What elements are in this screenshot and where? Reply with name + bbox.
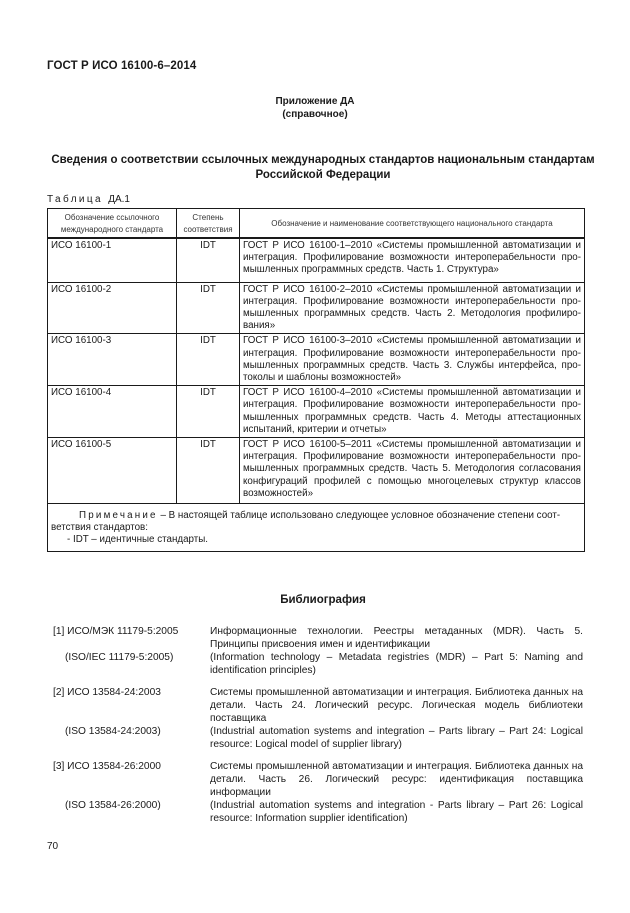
cell-intl: ИСО 16100-2 [48, 282, 177, 334]
cell-degree: IDT [177, 334, 240, 386]
cell-degree: IDT [177, 386, 240, 438]
bib-text-en: (Information technology – Metadata regis… [210, 651, 583, 677]
cell-intl: ИСО 16100-3 [48, 334, 177, 386]
bib-ref: [1] ИСО/МЭК 11179-5:2005 [53, 625, 210, 651]
cell-intl: ИСО 16100-4 [48, 386, 177, 438]
table-row: ИСО 16100-3 IDT ГОСТ Р ИСО 16100-3–2010 … [48, 334, 585, 386]
page-number: 70 [47, 841, 58, 852]
cell-national: ГОСТ Р ИСО 16100-4–2010 «Системы промышл… [240, 386, 585, 438]
annex-heading: Приложение ДА (справочное) [0, 95, 630, 121]
table-caption-word: Таблица [47, 194, 103, 205]
cell-national: ГОСТ Р ИСО 16100-1–2010 «Системы промышл… [240, 238, 585, 282]
document-code: ГОСТ Р ИСО 16100-6–2014 [47, 60, 196, 72]
bib-ref-en: (ISO 13584-24:2003) [53, 725, 210, 751]
header-degree: Степень соответствия [177, 209, 240, 239]
note-label: Примечание [79, 510, 158, 521]
cell-intl: ИСО 16100-1 [48, 238, 177, 282]
bib-text-en: (Industrial automation systems and integ… [210, 799, 583, 825]
annex-title: Приложение ДА [0, 95, 630, 108]
cell-degree: IDT [177, 238, 240, 282]
bib-text-ru: Системы промышленной автоматизации и инт… [210, 686, 583, 725]
header-intl-standard: Обозначение ссылочного международного ст… [48, 209, 177, 239]
bibliography-item-3: [3] ИСО 13584-26:2000 Системы промышленн… [53, 760, 583, 825]
bib-ref: [2] ИСО 13584-24:2003 [53, 686, 210, 725]
table-header-row: Обозначение ссылочного международного ст… [48, 209, 585, 239]
bib-text-en: (Industrial automation systems and integ… [210, 725, 583, 751]
table-row: ИСО 16100-2 IDT ГОСТ Р ИСО 16100-2–2010 … [48, 282, 585, 334]
annex-subtitle: (справочное) [0, 108, 630, 121]
cell-national: ГОСТ Р ИСО 16100-5–2011 «Системы промышл… [240, 437, 585, 503]
bibliography-item-1: [1] ИСО/МЭК 11179-5:2005 Информационные … [53, 625, 583, 677]
cell-degree: IDT [177, 282, 240, 334]
table-note-row: Примечание – В настоящей таблице использ… [48, 503, 585, 551]
cell-degree: IDT [177, 437, 240, 503]
header-national-standard: Обозначение и наименование соответствующ… [240, 209, 585, 239]
cell-intl: ИСО 16100-5 [48, 437, 177, 503]
table-row: ИСО 16100-4 IDT ГОСТ Р ИСО 16100-4–2010 … [48, 386, 585, 438]
table-caption-number: ДА.1 [108, 194, 130, 205]
bib-text-ru: Системы промышленной автоматизации и инт… [210, 760, 583, 799]
bib-ref-en: (ISO/IEC 11179-5:2005) [53, 651, 210, 677]
table-row: ИСО 16100-5 IDT ГОСТ Р ИСО 16100-5–2011 … [48, 437, 585, 503]
table-row: ИСО 16100-1 IDT ГОСТ Р ИСО 16100-1–2010 … [48, 238, 585, 282]
table-note: Примечание – В настоящей таблице использ… [48, 503, 585, 551]
correspondence-table: Обозначение ссылочного международного ст… [47, 208, 585, 552]
section-title: Сведения о соответствии ссылочных междун… [40, 153, 606, 183]
table-caption: Таблица ДА.1 [47, 194, 130, 205]
bib-ref-en: (ISO 13584-26:2000) [53, 799, 210, 825]
bib-text-ru: Информационные технологии. Реестры метад… [210, 625, 583, 651]
bibliography-item-2: [2] ИСО 13584-24:2003 Системы промышленн… [53, 686, 583, 751]
bibliography-title: Библиография [0, 594, 630, 606]
bib-ref: [3] ИСО 13584-26:2000 [53, 760, 210, 799]
cell-national: ГОСТ Р ИСО 16100-3–2010 «Системы промышл… [240, 334, 585, 386]
note-item: - IDT – идентичные стандарты. [67, 534, 208, 545]
cell-national: ГОСТ Р ИСО 16100-2–2010 «Системы промышл… [240, 282, 585, 334]
